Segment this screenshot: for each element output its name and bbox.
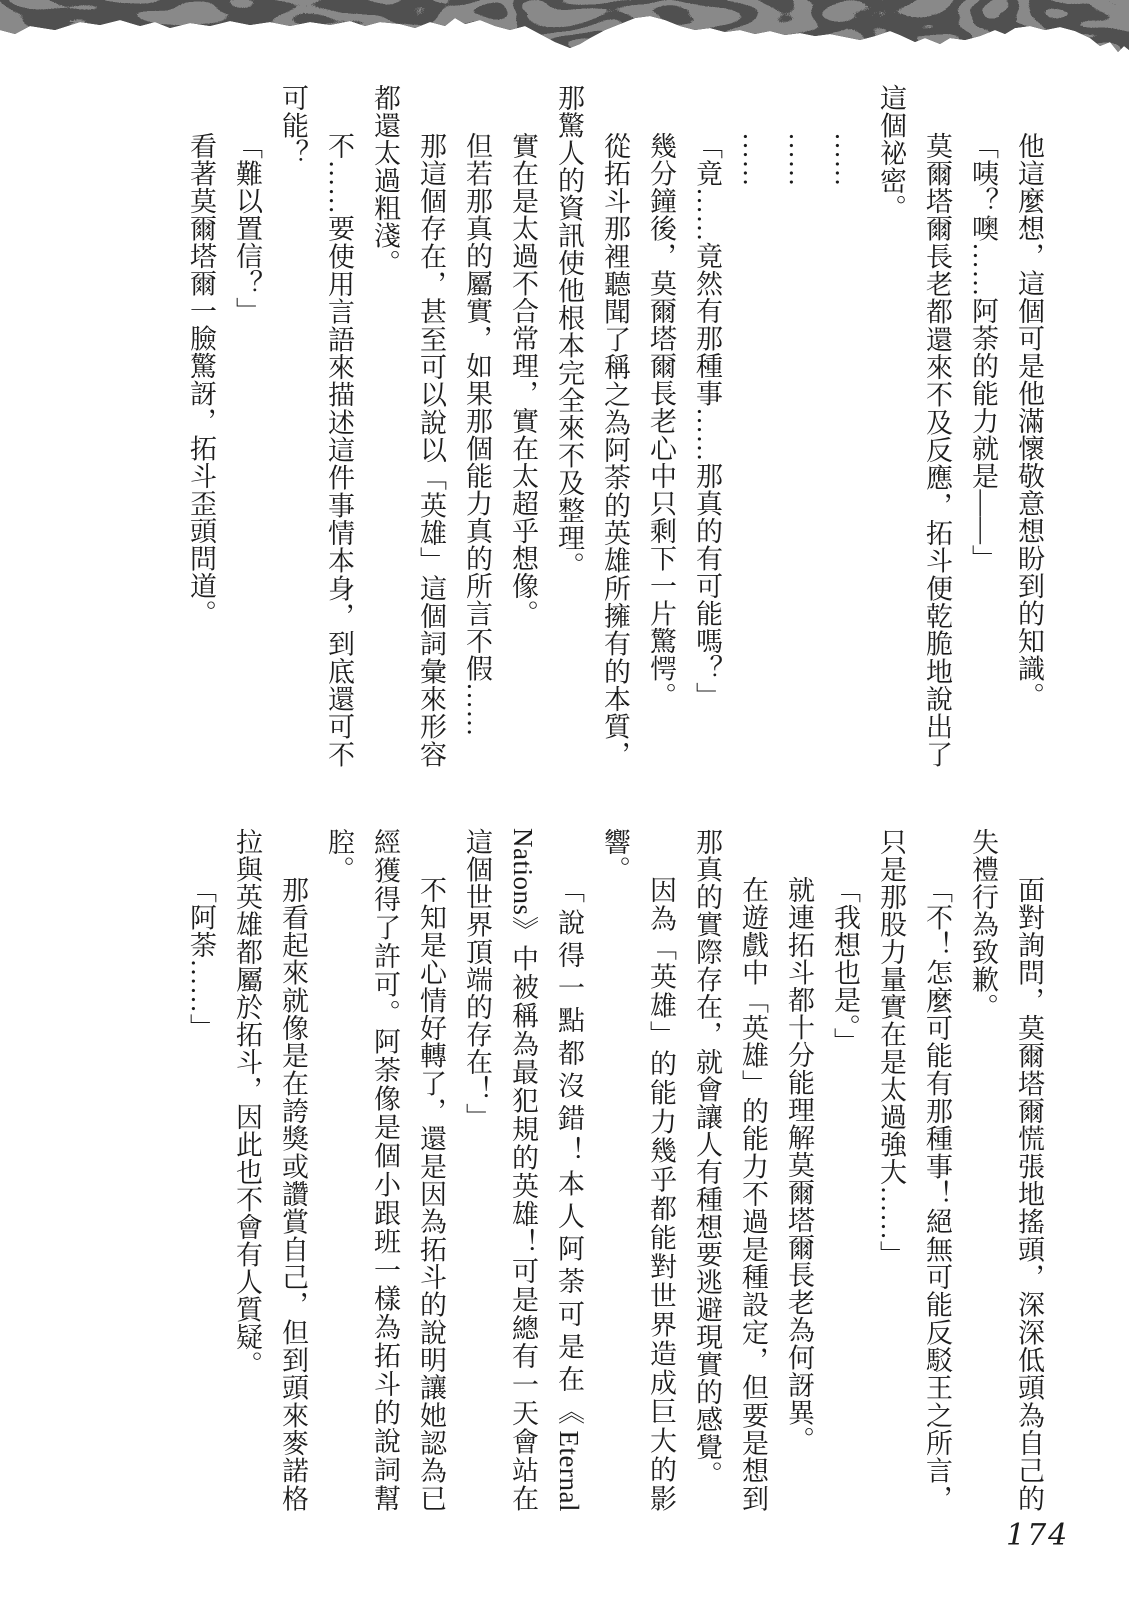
torn-paper-banner	[0, 0, 1129, 64]
paragraph: 看著莫爾塔爾一臉驚訝，拓斗歪頭問道。	[178, 84, 224, 768]
paragraph: 莫爾塔爾長老都還來不及反應，拓斗便乾脆地說出了這個祕密。	[868, 84, 960, 768]
paragraph: ……	[730, 84, 776, 768]
paragraph: 「咦？噢……阿荼的能力就是——」	[960, 84, 1006, 768]
paragraph: 但若那真的屬實，如果那個能力真的所言不假……	[454, 84, 500, 768]
paragraph: 實在是太過不合常理，實在太超乎想像。	[500, 84, 546, 768]
banner-ink-pattern	[0, 0, 1129, 64]
vertical-text-block-bottom: 面對詢問，莫爾塔爾慌張地搖頭，深深低頭為自己的失禮行為致歉。「不！怎麼可能有那種…	[152, 828, 1052, 1512]
paragraph: 就連拓斗都十分能理解莫爾塔爾長老為何訝異。	[776, 828, 822, 1512]
paragraph: 在遊戲中「英雄」的能力不過是種設定，但要是想到那真的實際存在，就會讓人有種想要逃…	[684, 828, 776, 1512]
paragraph: 他這麼想，這個可是他滿懷敬意想盼到的知識。	[1006, 84, 1052, 768]
paragraph: 那看起來就像是在誇獎或讚賞自己，但到頭來麥諾格拉與英雄都屬於拓斗，因此也不會有人…	[224, 828, 316, 1512]
paragraph: 「我想也是。」	[822, 828, 868, 1512]
paragraph: 面對詢問，莫爾塔爾慌張地搖頭，深深低頭為自己的失禮行為致歉。	[960, 828, 1052, 1512]
paragraph: 從拓斗那裡聽聞了稱之為阿荼的英雄所擁有的本質，那驚人的資訊使他根本完全來不及整理…	[546, 84, 638, 768]
paragraph: 不知是心情好轉了，還是因為拓斗的說明讓她認為已經獲得了許可。阿荼像是個小跟班一樣…	[316, 828, 454, 1512]
paragraph: 「不！怎麼可能有那種事！絕無可能反駁王之所言，只是那股力量實在是太過強大……」	[868, 828, 960, 1512]
paragraph: 因為「英雄」的能力幾乎都能對世界造成巨大的影響。	[592, 828, 684, 1512]
paragraph: 那這個存在，甚至可以說以「英雄」這個詞彙來形容都還太過粗淺。	[362, 84, 454, 768]
paragraph: 「阿荼……」	[178, 828, 224, 1512]
paragraph: 「難以置信？」	[224, 84, 270, 768]
paragraph: 「說得一點都沒錯！本人阿荼可是在《Eternal Nations》中被稱為最犯規…	[454, 828, 592, 1512]
paragraph: ……	[776, 84, 822, 768]
vertical-text-block-top: 他這麼想，這個可是他滿懷敬意想盼到的知識。「咦？噢……阿荼的能力就是——」莫爾塔…	[152, 84, 1052, 768]
paragraph: 「竟……竟然有那種事……那真的有可能嗎？」	[684, 84, 730, 768]
novel-page: 他這麼想，這個可是他滿懷敬意想盼到的知識。「咦？噢……阿荼的能力就是——」莫爾塔…	[0, 0, 1129, 1600]
paragraph: 不……要使用言語來描述這件事情本身，到底還可不可能？	[270, 84, 362, 768]
page-number: 174	[1006, 1518, 1069, 1553]
paragraph: ……	[822, 84, 868, 768]
paragraph: 幾分鐘後，莫爾塔爾長老心中只剩下一片驚愕。	[638, 84, 684, 768]
